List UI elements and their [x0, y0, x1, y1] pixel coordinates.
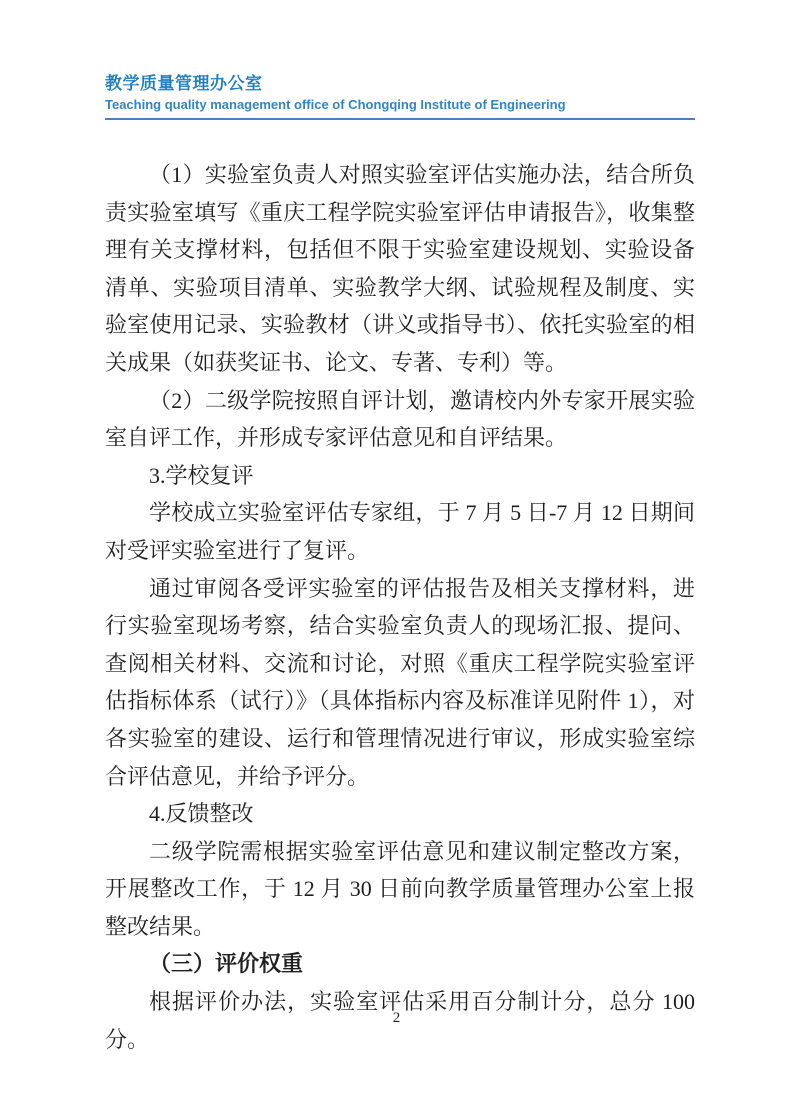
- header-rule-divider: [105, 118, 695, 120]
- section-heading: （三）评价权重: [105, 945, 695, 983]
- paragraph: 二级学院需根据实验室评估意见和建议制定整改方案，开展整改工作，于 12 月 30…: [105, 833, 695, 946]
- paragraph: 4.反馈整改: [105, 795, 695, 833]
- document-body: （1）实验室负责人对照实验室评估实施办法，结合所负责实验室填写《重庆工程学院实验…: [105, 156, 695, 1058]
- page-number: 2: [0, 1010, 793, 1027]
- paragraph: （2）二级学院按照自评计划，邀请校内外专家开展实验室自评工作，并形成专家评估意见…: [105, 382, 695, 457]
- paragraph: 通过审阅各受评实验室的评估报告及相关支撑材料，进行实验室现场考察，结合实验室负责…: [105, 570, 695, 796]
- paragraph: 3.学校复评: [105, 457, 695, 495]
- document-header: 教学质量管理办公室 Teaching quality management of…: [105, 74, 695, 120]
- paragraph: 学校成立实验室评估专家组，于 7 月 5 日-7 月 12 日期间对受评实验室进…: [105, 494, 695, 569]
- header-title-en: Teaching quality management office of Ch…: [105, 97, 695, 118]
- document-page: 教学质量管理办公室 Teaching quality management of…: [0, 0, 793, 1096]
- header-title-zh: 教学质量管理办公室: [105, 74, 695, 94]
- paragraph: （1）实验室负责人对照实验室评估实施办法，结合所负责实验室填写《重庆工程学院实验…: [105, 156, 695, 382]
